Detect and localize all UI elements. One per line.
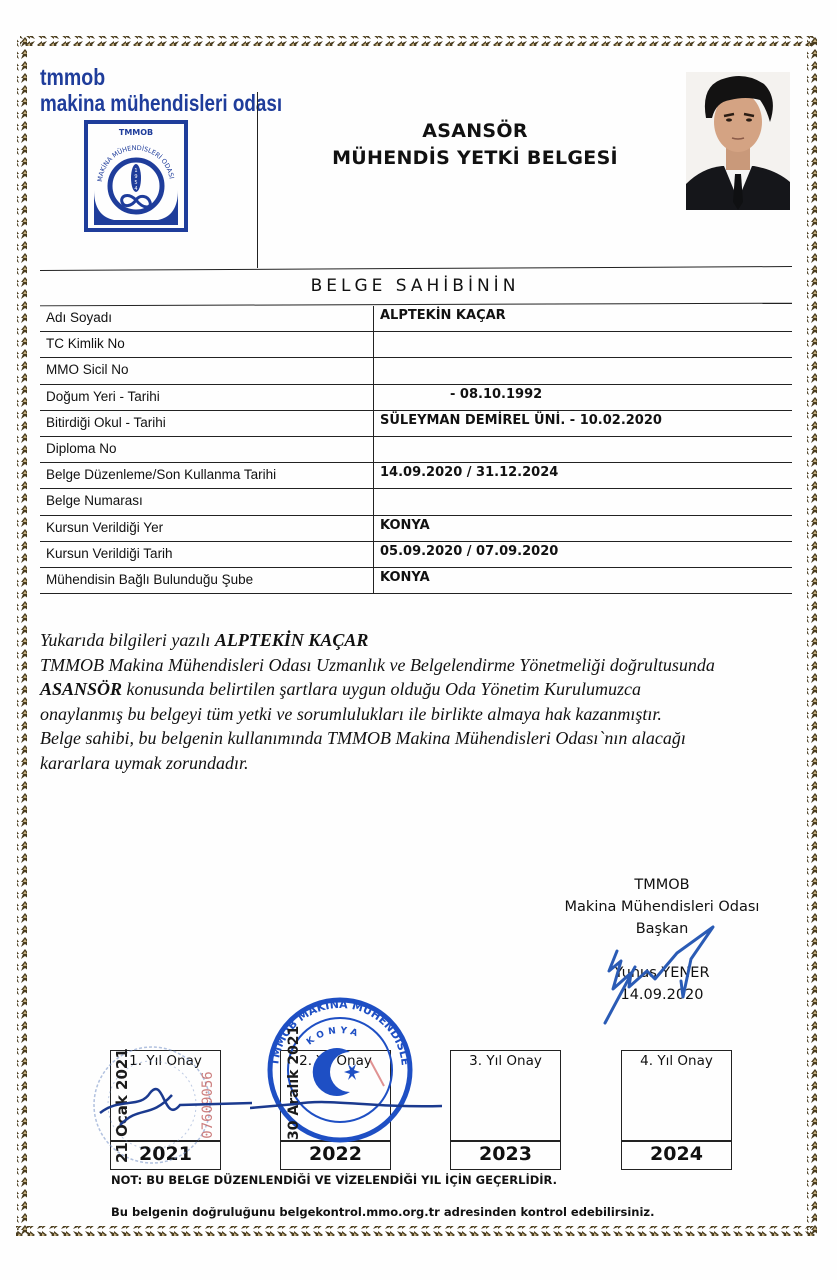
org-name-line1: tmmob (40, 64, 291, 90)
approval-year: 2023 (451, 1143, 560, 1165)
approval-divider (451, 1140, 560, 1142)
title-line1: ASANSÖR (270, 118, 680, 145)
svg-text:4: 4 (134, 186, 137, 192)
org-name-line2: makina mühendisleri odası (40, 90, 282, 116)
approval-label: 4. Yıl Onay (622, 1053, 731, 1069)
table-row: Diploma No (40, 437, 792, 463)
table-row: Belge Numarası (40, 489, 792, 515)
table-row: Kursun Verildiği YerKONYA (40, 516, 792, 542)
declaration-text: Yukarıda bilgileri yazılı ALPTEKİN KAÇAR… (40, 628, 810, 775)
course-place-value: KONYA (374, 516, 792, 541)
table-row: Belge Düzenleme/Son Kullanma Tarihi14.09… (40, 463, 792, 489)
row-label: Kursun Verildiği Tarih (40, 542, 374, 567)
diploma-value (374, 437, 792, 462)
row-label: Adı Soyadı (40, 306, 374, 331)
mmo-emblem-icon: TMMOB MAKİNA MÜHENDİSLERİ ODASI 1 9 5 4 (84, 120, 188, 232)
row-label: MMO Sicil No (40, 358, 374, 383)
table-row: Adı SoyadıALPTEKİN KAÇAR (40, 306, 792, 332)
approval-year: 2024 (622, 1143, 731, 1165)
declaration-line1: Yukarıda bilgileri yazılı (40, 630, 215, 650)
branch-value: KONYA (374, 568, 792, 593)
approval-label: 1. Yıl Onay (111, 1053, 220, 1069)
approval-divider (111, 1140, 220, 1142)
course-dates-value: 05.09.2020 / 07.09.2020 (374, 542, 792, 567)
declaration-line6: kararlara uymak zorundadır. (40, 751, 810, 776)
school-value: SÜLEYMAN DEMİREL ÜNİ. - 10.02.2020 (374, 411, 792, 436)
certificate-page: tmmob makina mühendisleri odası TMMOB MA… (0, 0, 837, 1280)
table-row: TC Kimlik No (40, 332, 792, 358)
validity-note: NOT: BU BELGE DÜZENLENDİĞİ VE VİZELENDİĞ… (111, 1173, 557, 1187)
organization-name: tmmob makina mühendisleri odası (40, 64, 335, 116)
row-label: Mühendisin Bağlı Bulunduğu Şube (40, 568, 374, 593)
table-row: MMO Sicil No (40, 358, 792, 384)
approval-divider (622, 1140, 731, 1142)
row-label: Belge Numarası (40, 489, 374, 514)
holder-photo (686, 72, 790, 210)
approval-label: 3. Yıl Onay (451, 1053, 560, 1069)
svg-text:TMMOB: TMMOB (119, 128, 153, 137)
approval-box-year1: 1. Yıl Onay 2021 (110, 1050, 221, 1170)
president-signature (595, 915, 725, 1025)
declaration-line4: onaylanmış bu belgeyi tüm yetki ve sorum… (40, 702, 810, 727)
declaration-line3: konusunda belirtilen şartlara uygun oldu… (122, 679, 641, 699)
validity-dates-value: 14.09.2020 / 31.12.2024 (374, 463, 792, 488)
holder-info-table: Adı SoyadıALPTEKİN KAÇAR TC Kimlik No MM… (40, 306, 792, 594)
header-divider (257, 92, 258, 268)
certificate-title: ASANSÖR MÜHENDİS YETKİ BELGESİ (270, 118, 680, 172)
table-row: Kursun Verildiği Tarih05.09.2020 / 07.09… (40, 542, 792, 568)
row-label: TC Kimlik No (40, 332, 374, 357)
row-label: Belge Düzenleme/Son Kullanma Tarihi (40, 463, 374, 488)
approval-box-year2: 2. Yıl Onay 2022 (280, 1050, 391, 1170)
approval-divider (281, 1140, 390, 1142)
declaration-field: ASANSÖR (40, 679, 122, 699)
svg-text:KONYA: KONYA (305, 1026, 362, 1048)
header-bottom-rule (40, 266, 792, 271)
birth-value: - 08.10.1992 (374, 385, 792, 410)
title-line2: MÜHENDİS YETKİ BELGESİ (270, 145, 680, 172)
tc-id-value (374, 332, 792, 357)
verification-note: Bu belgenin doğruluğunu belgekontrol.mmo… (111, 1205, 654, 1219)
row-label: Kursun Verildiği Yer (40, 516, 374, 541)
table-row: Bitirdiği Okul - TarihiSÜLEYMAN DEMİREL … (40, 411, 792, 437)
row-label: Diploma No (40, 437, 374, 462)
declaration-line5: Belge sahibi, bu belgenin kullanımında T… (40, 726, 810, 751)
approval-year: 2021 (111, 1143, 220, 1165)
table-row: Doğum Yeri - Tarihi- 08.10.1992 (40, 385, 792, 411)
approval-label: 2. Yıl Onay (281, 1053, 390, 1069)
row-label: Doğum Yeri - Tarihi (40, 385, 374, 410)
approval-box-year3: 3. Yıl Onay 2023 (450, 1050, 561, 1170)
approval-box-year4: 4. Yıl Onay 2024 (621, 1050, 732, 1170)
document-number-value (374, 489, 792, 514)
table-row: Mühendisin Bağlı Bulunduğu ŞubeKONYA (40, 568, 792, 594)
row-label: Bitirdiği Okul - Tarihi (40, 411, 374, 436)
approval-year: 2022 (281, 1143, 390, 1165)
declaration-holder-name: ALPTEKİN KAÇAR (215, 630, 369, 650)
holder-name-value: ALPTEKİN KAÇAR (374, 306, 792, 331)
signatory-org1: TMMOB (552, 874, 772, 896)
declaration-line2: TMMOB Makina Mühendisleri Odası Uzmanlık… (40, 653, 810, 678)
holder-section-title: BELGE SAHİBİNİN (40, 276, 790, 296)
mmo-registry-value (374, 358, 792, 383)
